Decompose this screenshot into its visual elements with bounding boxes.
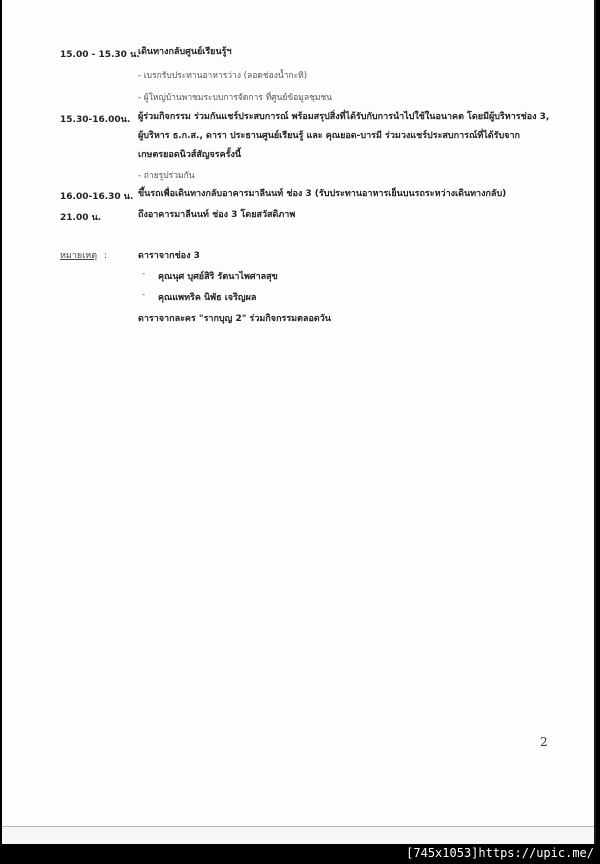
schedule-time: 15.00 - 15.30 น. — [60, 47, 140, 61]
image-host-footer: [745x1053]https://upic.me/ — [0, 844, 600, 864]
schedule-subitem: - ผู้ใหญ่บ้านพาชมระบบการจัดการ ที่ศูนย์ข… — [138, 90, 332, 104]
schedule-time: 15.30-16.00น. — [60, 112, 130, 126]
schedule-time: 16.00-16.30 น. — [60, 189, 133, 203]
note-person: คุณนุศ บุศย์สิริ รัตนาไพศาลสุข — [158, 269, 278, 283]
schedule-description: เกษตรยอดนิวส์สัญจรครั้งนี้ — [138, 146, 241, 165]
bullet-dash: - — [142, 290, 145, 300]
schedule-subitem: - ถ่ายรูปร่วมกัน — [138, 168, 195, 182]
schedule-description: ถึงอาคารมาลีนนท์ ช่อง 3 โดยสวัสดิภาพ — [138, 206, 295, 225]
schedule-description: ขึ้นรถเพื่อเดินทางกลับอาคารมาลีนนท์ ช่อง… — [138, 185, 506, 204]
schedule-description: เดินทางกลับศูนย์เรียนรู้ฯ — [138, 43, 232, 62]
host-url[interactable]: https://upic.me/ — [478, 846, 594, 860]
image-dimensions: [745x1053] — [406, 846, 478, 860]
note-heading: ดาราจากช่อง 3 — [138, 248, 200, 262]
schedule-description: ผู้บริหาร ธ.ก.ส., ดารา ประธานศูนย์เรียนร… — [138, 127, 520, 146]
scan-margin — [2, 827, 596, 844]
document-page: 15.00 - 15.30 น. เดินทางกลับศูนย์เรียนรู… — [2, 0, 596, 844]
note-label-text: หมายเหตุ — [60, 251, 97, 261]
note-person: คุณแพทริค นิพัธ เจริญผล — [158, 290, 256, 304]
bullet-dash: - — [142, 269, 145, 279]
footer-text: [745x1053]https://upic.me/ — [406, 846, 594, 860]
schedule-subitem: - เบรกรับประทานอาหารว่าง (ลอดช่องน้ำกะทิ… — [138, 68, 307, 82]
schedule-description: ผู้ร่วมกิจกรรม ร่วมกันแชร์ประสบการณ์ พร้… — [138, 108, 549, 127]
note-colon: : — [104, 251, 107, 261]
page-number: 2 — [540, 735, 548, 749]
schedule-time: 21.00 น. — [60, 210, 101, 224]
note-label: หมายเหตุ : — [60, 248, 107, 262]
page-right-border — [594, 0, 596, 844]
note-closing: ดาราจากละคร "รากบุญ 2" ร่วมกิจกรรมตลอดวั… — [138, 311, 331, 325]
